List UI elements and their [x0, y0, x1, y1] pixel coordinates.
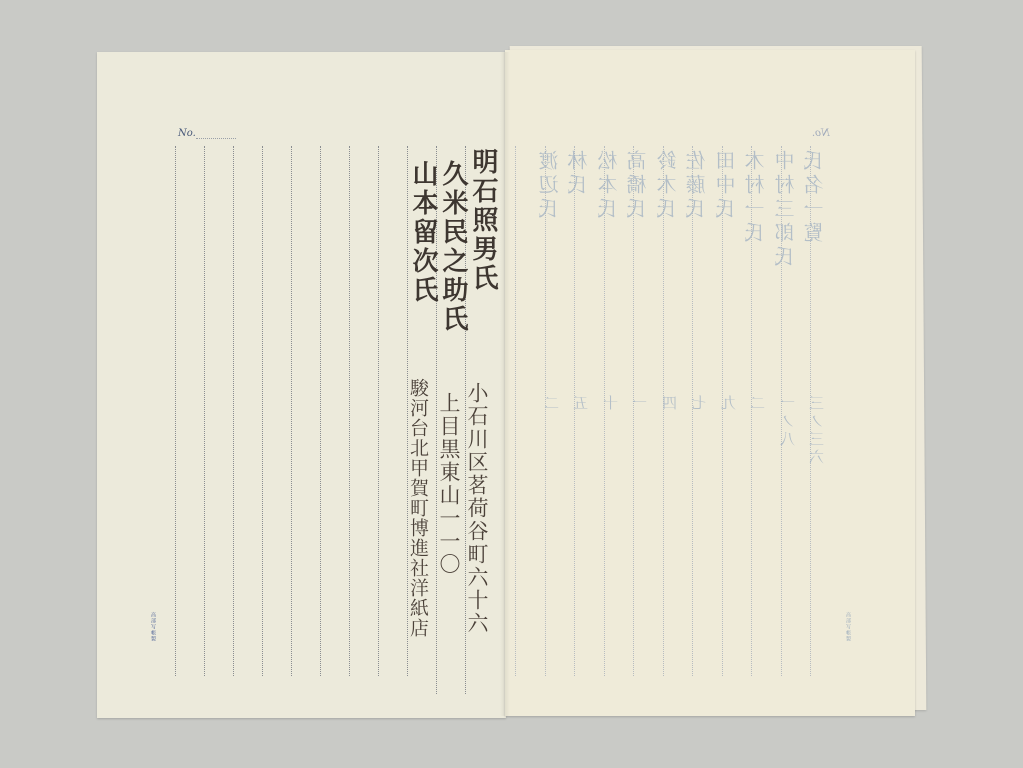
rule-line: [262, 146, 263, 676]
ghost-column-top: 田中氏: [717, 150, 737, 222]
paper-maker-mark-left: 高部写帳製: [150, 612, 157, 642]
entry-address-3: 駿河台北甲賀町博進社洋紙店: [408, 378, 427, 638]
ghost-column-top: 高橋氏: [628, 150, 648, 222]
ghost-column-bottom: 三ノ三六: [810, 395, 825, 467]
ghost-column-bottom: 二: [751, 395, 766, 413]
ghost-column-bottom: 一ノ八: [781, 395, 796, 449]
ghost-column-top: 氏名一覧: [805, 150, 825, 246]
rule-line: [291, 146, 292, 676]
ghost-column-top: 松本氏: [599, 150, 619, 222]
ghost-column-bottom: 五: [574, 395, 589, 413]
ghost-column-top: 鈴木氏: [658, 150, 678, 222]
paper-maker-mark-right: 高部写帳製: [845, 612, 852, 642]
entry-address-1: 小石川区茗荷谷町六十六: [466, 382, 487, 635]
entry-address-2: 上目黒東山一一〇: [438, 392, 459, 576]
number-line-left: [196, 138, 236, 139]
page-gutter: [500, 52, 510, 716]
entry-name-1: 明石照男氏: [470, 148, 496, 293]
ghost-column-bottom: 一: [633, 395, 648, 413]
rule-line: [378, 146, 379, 676]
rule-line: [175, 146, 176, 676]
rule-line: [204, 146, 205, 676]
left-page: [97, 52, 506, 718]
ghost-column-bottom: 四: [663, 395, 678, 413]
ghost-column-top: 林氏: [569, 150, 589, 198]
rule-line: [349, 146, 350, 676]
ghost-column-top: 中村三郎氏: [776, 150, 796, 270]
number-label-right: No.: [812, 128, 830, 139]
rule-line: [515, 146, 516, 676]
entry-name-2: 久米民之助氏: [440, 160, 466, 334]
number-label-left: No.: [178, 128, 196, 139]
ghost-column-top: 佐藤氏: [687, 150, 707, 222]
entry-name-3: 山本留次氏: [410, 160, 436, 305]
ghost-column-bottom: 十: [604, 395, 619, 413]
ghost-column-bottom: 九: [722, 395, 737, 413]
rule-line: [233, 146, 234, 676]
ghost-column-top: 渡辺氏: [540, 150, 560, 222]
ghost-column-bottom: 二: [545, 395, 560, 413]
rule-line: [320, 146, 321, 676]
ghost-column-top: 木村一氏: [746, 150, 766, 246]
ghost-column-bottom: 七: [692, 395, 707, 413]
